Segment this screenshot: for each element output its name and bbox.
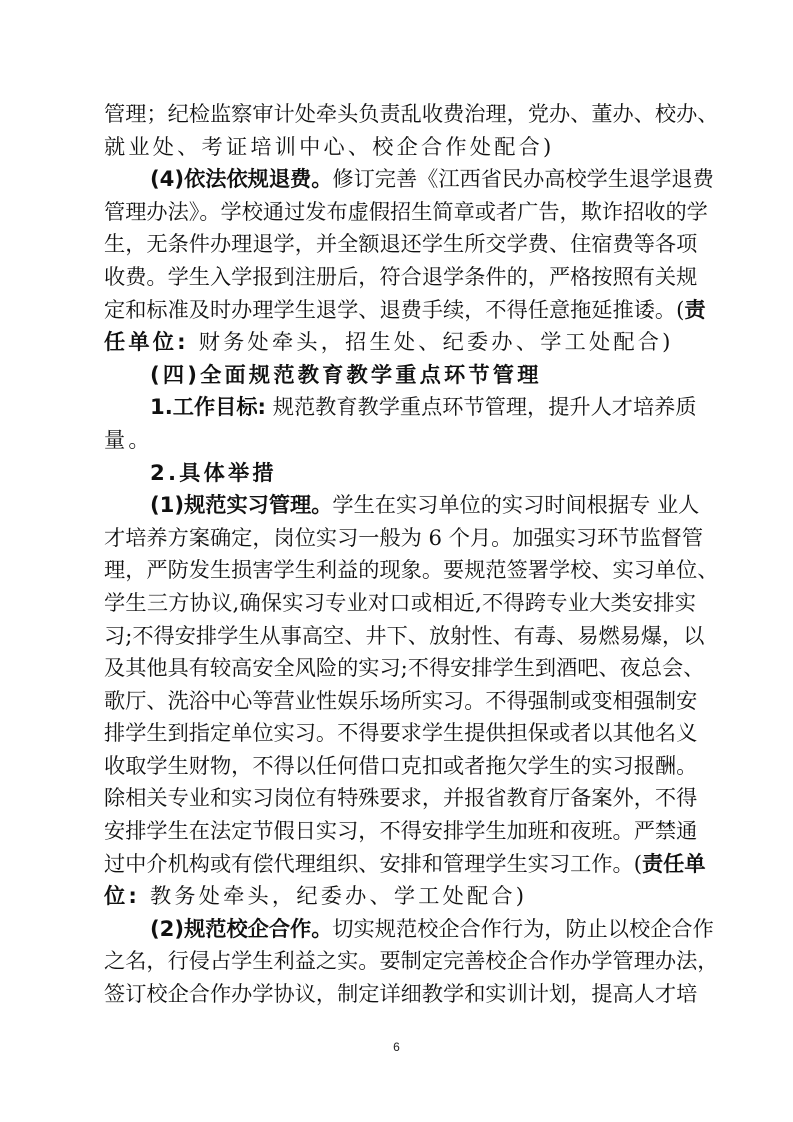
body-text: 生，无条件办理退学，并全额退还学生所交学费、住宿费等各项 <box>104 231 697 256</box>
body-text: 理，严防发生损害学生利益的现象。要规范签署学校、实习单位、 <box>104 557 718 582</box>
body-text: 才培养方案确定，岗位实习一般为 6 个月。加强实习环节监督管 <box>104 525 703 550</box>
body-text: 安排学生在法定节假日实习，不得安排学生加班和夜班。严禁通 <box>104 818 697 843</box>
paragraph-line: 学生三方协议,确保实习专业对口或相近,不得跨专业大类安排实 <box>104 587 696 620</box>
body-text: 财务处牵头，招生处、纪委办、学工处配合) <box>189 329 674 354</box>
responsibility-label: 责任单 <box>642 851 706 876</box>
item-heading: (2)规范校企合作。 <box>150 916 332 941</box>
paragraph-line: 理，严防发生损害学生利益的现象。要规范签署学校、实习单位、 <box>104 554 696 587</box>
paragraph-line: (4)依法依规退费。修订完善《江西省民办高校学生退学退费 <box>104 163 696 196</box>
paragraph-line: 收费。学生入学报到注册后，符合退学条件的，严格按照有关规 <box>104 261 696 294</box>
body-text: 学生三方协议,确保实习专业对口或相近,不得跨专业大类安排实 <box>104 590 696 615</box>
paragraph-line: 位: 教务处牵头，纪委办、学工处配合) <box>104 880 696 913</box>
responsibility-label: 位: <box>104 883 140 908</box>
paragraph-line: 之名，行侵占学生利益之实。要制定完善校企合作办学管理办法， <box>104 945 696 978</box>
paragraph-line: 歌厅、洗浴中心等营业性娱乐场所实习。不得强制或变相强制安 <box>104 685 696 718</box>
paragraph-line: 生，无条件办理退学，并全额退还学生所交学费、住宿费等各项 <box>104 228 696 261</box>
paragraph-line: 及其他具有较高安全风险的实习;不得安排学生到酒吧、夜总会、 <box>104 652 696 685</box>
responsibility-label: 责 <box>684 297 705 322</box>
document-page: 管理；纪检监察审计处牵头负责乱收费治理，党办、董办、校办、 就业处、考证培训中心… <box>104 98 696 1011</box>
paragraph-line: 管理办法》。学校通过发布虚假招生简章或者广告，欺诈招收的学 <box>104 196 696 229</box>
paragraph-line: 才培养方案确定，岗位实习一般为 6 个月。加强实习环节监督管 <box>104 522 696 555</box>
paragraph-line: 1.工作目标: 规范教育教学重点环节管理，提升人才培养质 <box>104 391 696 424</box>
body-text: 规范教育教学重点环节管理，提升人才培养质 <box>266 394 697 419</box>
body-text: 及其他具有较高安全风险的实习;不得安排学生到酒吧、夜总会、 <box>104 655 704 680</box>
body-text: 过中介机构或有偿代理组织、安排和管理学生实习工作。( <box>104 851 642 876</box>
body-text: 收费。学生入学报到注册后，符合退学条件的，严格按照有关规 <box>104 264 697 289</box>
page-number: 6 <box>0 1040 793 1054</box>
paragraph-line: (1)规范实习管理。学生在实习单位的实习时间根据专 业人 <box>104 489 696 522</box>
body-text: 量。 <box>104 427 153 452</box>
section-title: (四)全面规范教育教学重点环节管理 <box>150 362 542 387</box>
body-text: 歌厅、洗浴中心等营业性娱乐场所实习。不得强制或变相强制安 <box>104 688 697 713</box>
paragraph-line: 过中介机构或有偿代理组织、安排和管理学生实习工作。(责任单 <box>104 848 696 881</box>
body-text: 习;不得安排学生从事高空、井下、放射性、有毒、易燃易爆，以 <box>104 623 704 648</box>
paragraph-line: 任单位: 财务处牵头，招生处、纪委办、学工处配合) <box>104 326 696 359</box>
paragraph-line: (2)规范校企合作。切实规范校企合作行为，防止以校企合作 <box>104 913 696 946</box>
body-text: 签订校企合作办学协议，制定详细教学和实训计划，提高人才培 <box>104 981 697 1006</box>
paragraph-line: 收取学生财物，不得以任何借口克扣或者拖欠学生的实习报酬。 <box>104 750 696 783</box>
paragraph-line: 习;不得安排学生从事高空、井下、放射性、有毒、易燃易爆，以 <box>104 620 696 653</box>
body-text: 除相关专业和实习岗位有特殊要求，并报省教育厅备案外，不得 <box>104 785 697 810</box>
body-text: 收取学生财物，不得以任何借口克扣或者拖欠学生的实习报酬。 <box>104 753 697 778</box>
paragraph-line: 量。 <box>104 424 696 457</box>
paragraph-line: 排学生到指定单位实习。不得要求学生提供担保或者以其他名义 <box>104 717 696 750</box>
item-heading: (4)依法依规退费。 <box>150 166 332 191</box>
paragraph-line: 安排学生在法定节假日实习，不得安排学生加班和夜班。严禁通 <box>104 815 696 848</box>
responsibility-label: 任单位: <box>104 329 189 354</box>
paragraph-line: 定和标准及时办理学生退学、退费手续，不得任意拖延推诿。(责 <box>104 294 696 327</box>
body-text: 管理；纪检监察审计处牵头负责乱收费治理，党办、董办、校办、 <box>104 101 718 126</box>
body-text: 修订完善《江西省民办高校学生退学退费 <box>332 166 713 191</box>
item-heading: (1)规范实习管理。 <box>150 492 332 517</box>
body-text: 管理办法》。学校通过发布虚假招生简章或者广告，欺诈招收的学 <box>104 199 708 224</box>
body-text: 之名，行侵占学生利益之实。要制定完善校企合作办学管理办法， <box>104 948 718 973</box>
paragraph-line: 除相关专业和实习岗位有特殊要求，并报省教育厅备案外，不得 <box>104 782 696 815</box>
body-text: 教务处牵头，纪委办、学工处配合) <box>140 883 527 908</box>
subsection-title: 2.具体举措 <box>150 460 277 485</box>
paragraph-line: 就业处、考证培训中心、校企合作处配合) <box>104 131 696 164</box>
paragraph-line: 签订校企合作办学协议，制定详细教学和实训计划，提高人才培 <box>104 978 696 1011</box>
subsection-heading: 2.具体举措 <box>104 457 696 490</box>
body-text: 学生在实习单位的实习时间根据专 业人 <box>332 492 699 517</box>
paragraph-line: 管理；纪检监察审计处牵头负责乱收费治理，党办、董办、校办、 <box>104 98 696 131</box>
body-text: 定和标准及时办理学生退学、退费手续，不得任意拖延推诿。( <box>104 297 684 322</box>
section-heading: (四)全面规范教育教学重点环节管理 <box>104 359 696 392</box>
body-text: 就业处、考证培训中心、校企合作处配合) <box>104 134 554 159</box>
body-text: 切实规范校企合作行为，防止以校企合作 <box>332 916 713 941</box>
body-text: 排学生到指定单位实习。不得要求学生提供担保或者以其他名义 <box>104 720 697 745</box>
subsection-title: 1.工作目标: <box>150 394 266 419</box>
